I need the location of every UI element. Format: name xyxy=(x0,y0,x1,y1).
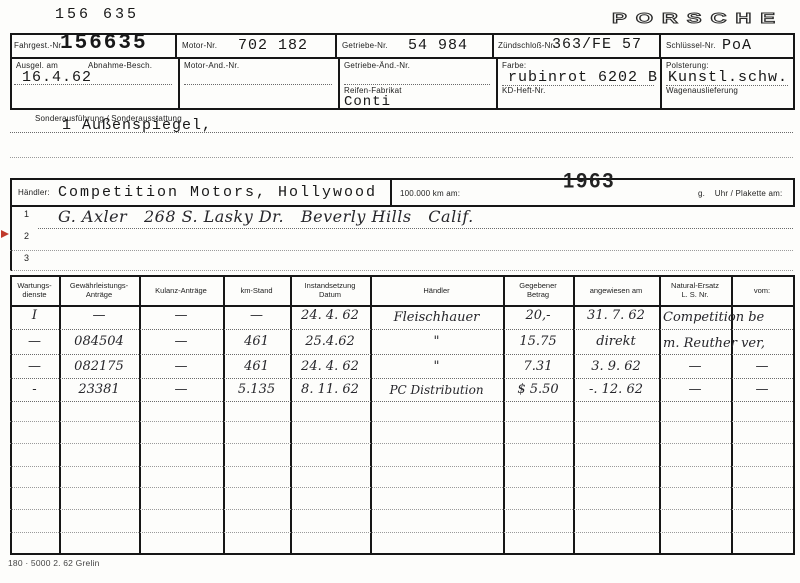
table-cell: — xyxy=(731,382,793,397)
table-cell: m. Reuther ver, xyxy=(663,336,793,351)
kd-heft-nr-label: KD-Heft-Nr. xyxy=(502,86,546,95)
row-line xyxy=(10,531,793,533)
row-line xyxy=(10,377,793,379)
schluessel-nr-value: PoA xyxy=(722,37,752,54)
write-line xyxy=(184,83,332,85)
table-header-border xyxy=(10,305,795,307)
haendler-value: Competition Motors, Hollywood xyxy=(58,184,377,201)
divider xyxy=(178,57,180,108)
table-cell: 20,- xyxy=(503,308,573,323)
line-number-1: 1 xyxy=(24,209,29,219)
motor-and-nr-label: Motor-And.-Nr. xyxy=(184,61,239,70)
table-cell: 461 xyxy=(223,334,290,349)
card-number-stamp: 156 635 xyxy=(55,6,139,23)
line-number-2: 2 xyxy=(24,231,29,241)
table-header-haendler: Händler xyxy=(370,286,503,295)
table-cell: 15.75 xyxy=(503,334,573,349)
row-line xyxy=(10,400,793,402)
table-cell: " xyxy=(370,359,503,374)
getriebe-nr-label: Getriebe-Nr. xyxy=(342,41,388,50)
write-line xyxy=(10,131,793,133)
divider xyxy=(660,57,662,108)
wagenauslieferung-label: Wagenauslieferung xyxy=(666,86,738,95)
table-header-angewiesen: angewiesen am xyxy=(573,286,659,295)
table-cell: — xyxy=(10,359,59,374)
table-cell: — xyxy=(59,308,139,323)
write-line xyxy=(344,83,490,85)
table-header-kulanz: Kulanz-Anträge xyxy=(139,286,223,295)
table-header-km-stand: km-Stand xyxy=(223,286,290,295)
table-top-border xyxy=(10,275,795,277)
row-line xyxy=(10,486,793,488)
write-line xyxy=(666,84,788,86)
table-cell: - xyxy=(10,382,59,397)
margin-rule xyxy=(10,205,12,271)
table-bottom-border xyxy=(10,553,795,555)
table-cell: — xyxy=(139,334,223,349)
table-cell: " xyxy=(370,334,503,349)
table-cell: -. 12. 62 xyxy=(573,382,659,397)
box-bottom-border xyxy=(10,108,795,110)
zuendschloss-nr-label: Zündschloß-Nr. xyxy=(498,41,555,50)
table-cell: Competition be xyxy=(663,310,793,325)
divider xyxy=(390,178,392,205)
table-cell: 461 xyxy=(223,359,290,374)
table-header-vom: vom: xyxy=(731,286,793,295)
divider xyxy=(175,33,177,57)
haendler-box-top xyxy=(10,178,795,180)
row-line xyxy=(10,420,793,422)
row-line xyxy=(10,442,793,444)
row-line xyxy=(10,328,793,330)
table-header-natural-ersatz: Natural-Ersatz L. S. Nr. xyxy=(659,281,731,299)
table-cell: PC Distribution xyxy=(370,383,503,397)
table-cell: — xyxy=(659,382,731,397)
getriebe-nr-value: 54 984 xyxy=(408,37,468,54)
getriebe-and-nr-label: Getriebe-Änd.-Nr. xyxy=(344,61,410,70)
box-right-border xyxy=(793,33,795,110)
divider xyxy=(338,57,340,108)
red-arrow-mark xyxy=(1,230,9,238)
column-divider xyxy=(659,275,661,553)
table-cell: direkt xyxy=(573,334,659,349)
table-cell: 25.4.62 xyxy=(290,334,370,349)
write-line xyxy=(10,156,793,158)
table-right-border xyxy=(793,275,795,553)
table-cell: 084504 xyxy=(59,334,139,349)
table-header-instandsetzung: Instandsetzung Datum xyxy=(290,281,370,299)
table-cell: — xyxy=(139,308,223,323)
table-cell: 24. 4. 62 xyxy=(290,359,370,374)
porsche-logo-text: PORSCHE xyxy=(612,10,784,27)
footer-imprint: 180 · 5000 2. 62 Grelin xyxy=(8,558,100,568)
table-cell: — xyxy=(223,308,290,323)
uhr-plakette-label: g. Uhr / Plakette am: xyxy=(698,189,782,198)
kardex-card: 156 635 PORSCHE Fahrgest.-Nr. 156635 Mot… xyxy=(0,0,800,583)
owner-entry-handwriting: G. Axler 268 S. Lasky Dr. Beverly Hills … xyxy=(58,207,474,226)
divider xyxy=(492,33,494,57)
table-cell: 31. 7. 62 xyxy=(573,308,659,323)
abnahme-besch-label: Abnahme-Besch. xyxy=(88,61,152,70)
haendler-box-left xyxy=(10,178,12,205)
write-line xyxy=(10,269,793,271)
table-cell: 7.31 xyxy=(503,359,573,374)
table-header-gewaehrleistung: Gewährleistungs- Anträge xyxy=(59,281,139,299)
table-cell: I xyxy=(10,308,59,323)
divider xyxy=(659,33,661,57)
table-cell: 8. 11. 62 xyxy=(290,382,370,397)
table-cell: 082175 xyxy=(59,359,139,374)
table-header-betrag: Gegebener Betrag xyxy=(503,281,573,299)
write-line xyxy=(10,249,793,251)
row-line xyxy=(10,508,793,510)
write-line xyxy=(502,84,654,86)
table-cell: 3. 9. 62 xyxy=(573,359,659,374)
haendler-label: Händler: xyxy=(18,188,50,197)
motor-nr-label: Motor-Nr. xyxy=(182,41,217,50)
table-cell: — xyxy=(139,359,223,374)
divider xyxy=(496,57,498,108)
table-cell: 23381 xyxy=(59,382,139,397)
table-cell: 5.135 xyxy=(223,382,290,397)
table-cell: Fleischhauer xyxy=(370,310,503,325)
table-cell: — xyxy=(10,334,59,349)
table-cell: — xyxy=(731,359,793,374)
line-number-3: 3 xyxy=(24,253,29,263)
table-cell: — xyxy=(659,359,731,374)
table-cell: $ 5.50 xyxy=(503,382,573,397)
motor-nr-value: 702 182 xyxy=(238,37,308,54)
haendler-box-right xyxy=(793,178,795,205)
box-left-border xyxy=(10,33,12,110)
fahrgest-nr-label: Fahrgest.-Nr. xyxy=(14,41,63,50)
box-mid-border xyxy=(10,57,795,59)
zuendschloss-nr-value: 363/FE 57 xyxy=(552,36,642,53)
schluessel-nr-label: Schlüssel-Nr. xyxy=(666,41,716,50)
divider xyxy=(335,33,337,57)
reifen-fabrikat-value: Conti xyxy=(344,94,391,110)
row-line xyxy=(10,465,793,467)
table-cell: — xyxy=(139,382,223,397)
fahrgest-nr-value: 156635 xyxy=(60,32,148,55)
table-cell: 24. 4. 62 xyxy=(290,308,370,323)
km-stamp-1963: 1963 xyxy=(563,169,616,193)
table-header-wartungsdienste: Wartungs- dienste xyxy=(10,281,59,299)
row-line xyxy=(10,353,793,355)
porsche-logo: PORSCHE xyxy=(610,8,790,28)
km-100000-label: 100.000 km am: xyxy=(400,189,460,198)
write-line xyxy=(38,227,793,229)
write-line xyxy=(14,83,172,85)
